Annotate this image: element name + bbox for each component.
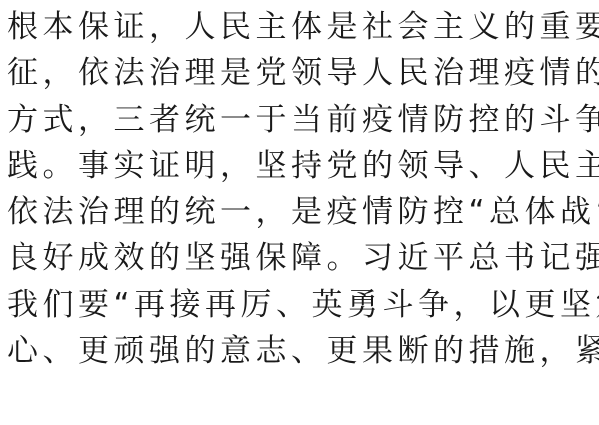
text-line: 良好成效的坚强保障。习近平总书记强调， bbox=[7, 235, 599, 281]
text-line: 征，依法治理是党领导人民治理疫情的基本 bbox=[7, 50, 599, 96]
text-line: 我们要“再接再厉、英勇斗争，以更坚定的信 bbox=[7, 282, 599, 328]
text-line: 践。事实证明，坚持党的领导、人民主体与 bbox=[7, 143, 599, 189]
article-text-block: 根本保证，人民主体是社会主义的重要特 征，依法治理是党领导人民治理疫情的基本 方… bbox=[7, 4, 599, 374]
text-line: 心、更顽强的意志、更果断的措施，紧紧依 bbox=[7, 328, 599, 374]
text-line: 依法治理的统一，是疫情防控“总体战”取得 bbox=[7, 189, 599, 235]
text-line: 根本保证，人民主体是社会主义的重要特 bbox=[7, 4, 599, 50]
text-line: 方式，三者统一于当前疫情防控的斗争实 bbox=[7, 97, 599, 143]
